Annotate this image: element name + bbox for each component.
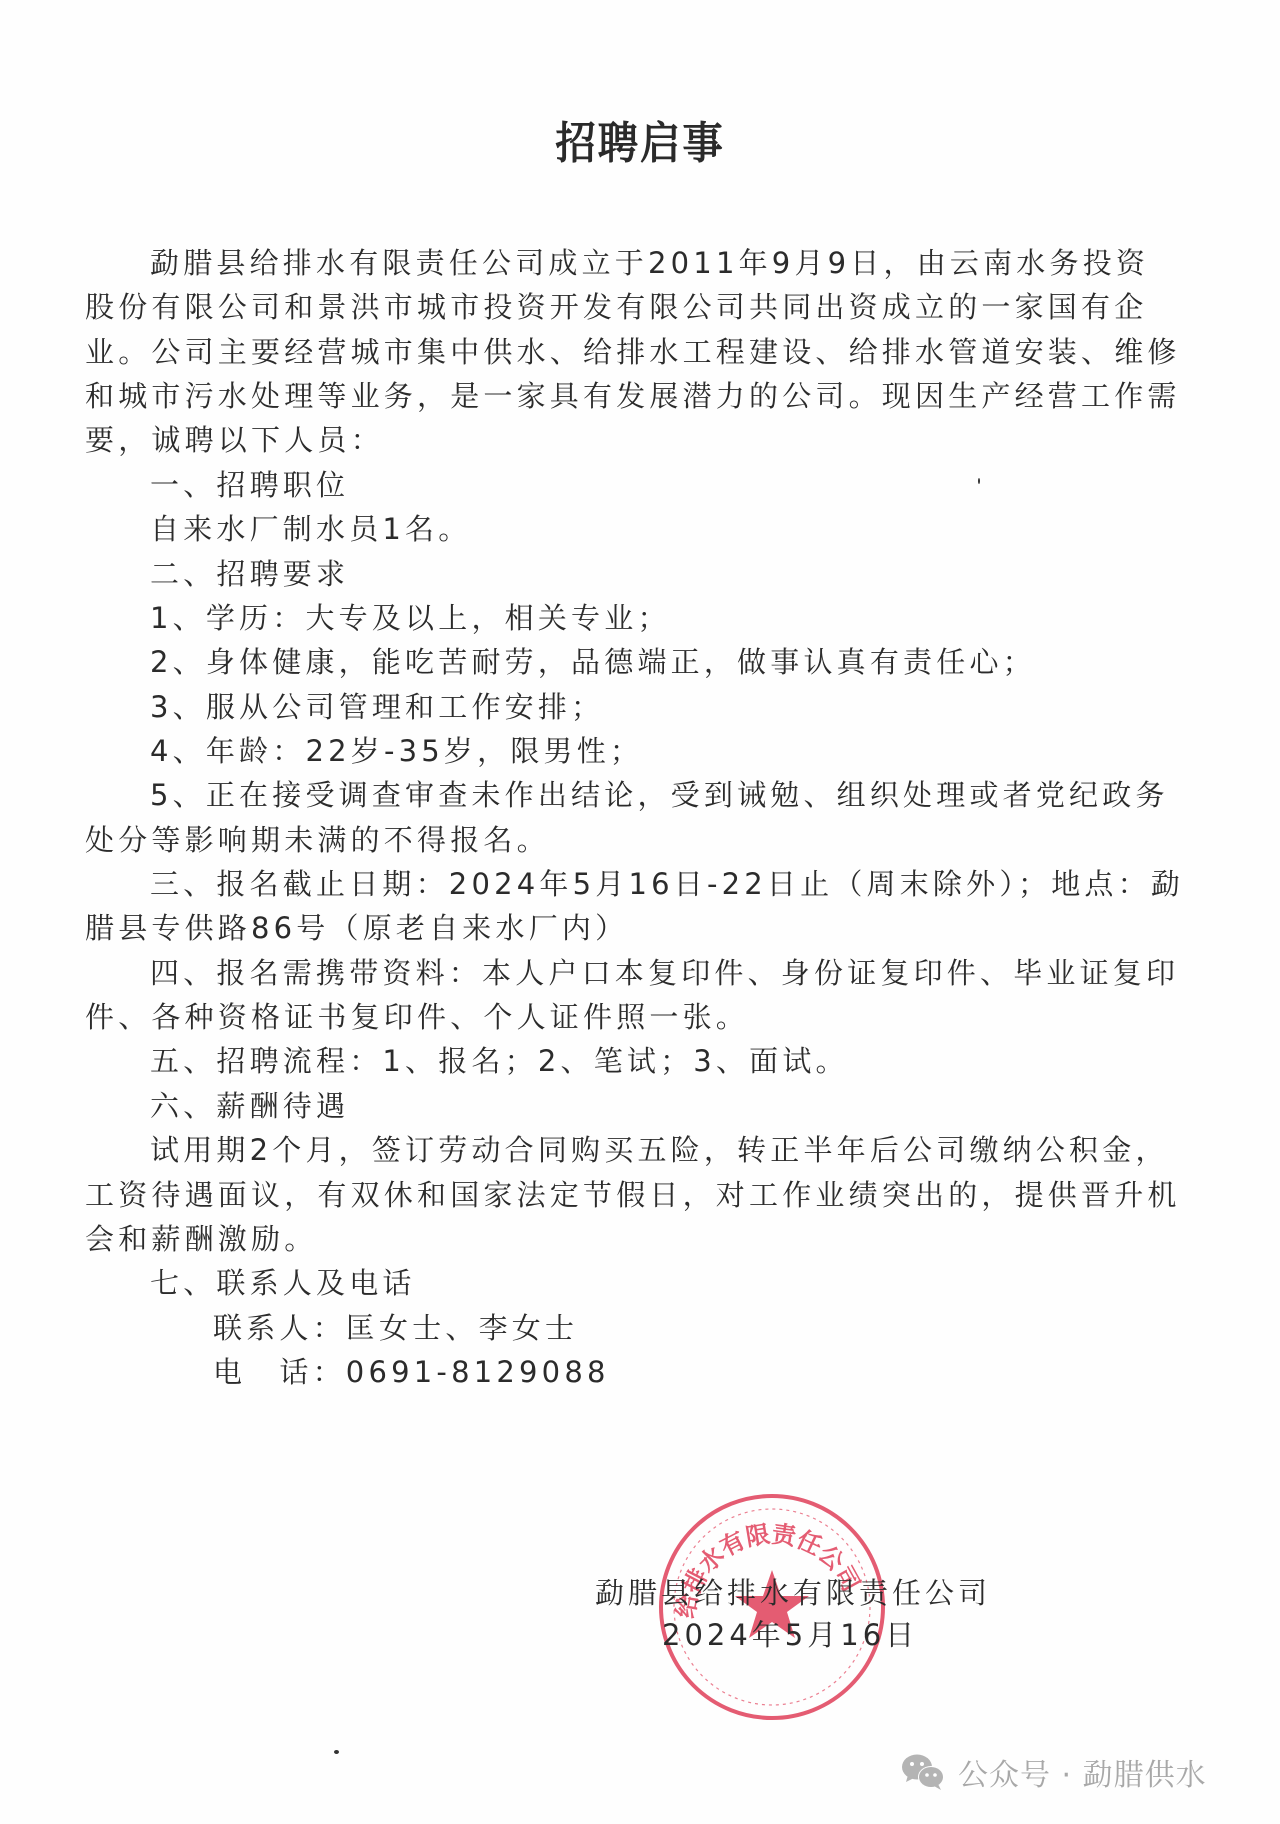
body-line: 腊县专供路86号（原老自来水厂内） — [85, 906, 1195, 950]
wechat-icon — [900, 1751, 946, 1793]
body-line: 试用期2个月，签订劳动合同购买五险，转正半年后公司缴纳公积金， — [85, 1128, 1195, 1172]
requirement-item: 3、服从公司管理和工作安排； — [85, 685, 1195, 729]
body-line: 股份有限公司和景洪市城市投资开发有限公司共同出资成立的一家国有企 — [85, 285, 1195, 329]
requirement-item: 1、学历：大专及以上，相关专业； — [85, 596, 1195, 640]
requirement-item: 4、年龄：22岁-35岁，限男性； — [85, 729, 1195, 773]
section-heading-materials: 四、报名需携带资料：本人户口本复印件、身份证复印件、毕业证复印 — [85, 951, 1195, 995]
requirement-item: 2、身体健康，能吃苦耐劳，品德端正，做事认真有责任心； — [85, 640, 1195, 684]
document-title: 招聘启事 — [51, 116, 1229, 172]
wechat-watermark: 公众号 · 勐腊供水 — [900, 1750, 1207, 1794]
scan-speck — [978, 478, 980, 484]
body-line: 勐腊县给排水有限责任公司成立于2011年9月9日，由云南水务投资 — [85, 241, 1195, 285]
section-heading-contact: 七、联系人及电话 — [85, 1261, 1195, 1305]
body-line: 业。公司主要经营城市集中供水、给排水工程建设、给排水管道安装、维修 — [85, 330, 1195, 374]
document-body: 勐腊县给排水有限责任公司成立于2011年9月9日，由云南水务投资 股份有限公司和… — [85, 241, 1195, 1394]
body-line: 要，诚聘以下人员： — [85, 418, 1195, 462]
section-heading-salary: 六、薪酬待遇 — [85, 1084, 1195, 1128]
body-line: 会和薪酬激励。 — [85, 1217, 1195, 1261]
section-heading-positions: 一、招聘职位 — [85, 463, 1195, 507]
requirement-item: 5、正在接受调查审查未作出结论，受到诫勉、组织处理或者党纪政务 — [85, 773, 1195, 817]
signature-block: 勐腊县给排水有限责任公司 2024年5月16日 — [595, 1572, 995, 1656]
contact-phone: 电 话：0691-8129088 — [85, 1350, 1195, 1394]
section-heading-requirements: 二、招聘要求 — [85, 552, 1195, 596]
body-line: 处分等影响期未满的不得报名。 — [85, 818, 1195, 862]
scan-speck — [334, 1750, 339, 1754]
body-line: 和城市污水处理等业务，是一家具有发展潜力的公司。现因生产经营工作需 — [85, 374, 1195, 418]
contact-persons: 联系人：匡女士、李女士 — [85, 1306, 1195, 1350]
section-heading-deadline: 三、报名截止日期：2024年5月16日-22日止（周末除外）；地点：勐 — [85, 862, 1195, 906]
body-line: 件、各种资格证书复印件、个人证件照一张。 — [85, 995, 1195, 1039]
body-line: 工资待遇面议，有双休和国家法定节假日，对工作业绩突出的，提供晋升机 — [85, 1173, 1195, 1217]
body-line: 自来水厂制水员1名。 — [85, 507, 1195, 551]
watermark-text: 公众号 · 勐腊供水 — [958, 1750, 1207, 1794]
document-page: 招聘启事 勐腊县给排水有限责任公司成立于2011年9月9日，由云南水务投资 股份… — [0, 0, 1280, 1824]
signature-date: 2024年5月16日 — [595, 1614, 995, 1656]
section-heading-process: 五、招聘流程：1、报名；2、笔试；3、面试。 — [85, 1039, 1195, 1083]
signature-company: 勐腊县给排水有限责任公司 — [595, 1572, 995, 1614]
